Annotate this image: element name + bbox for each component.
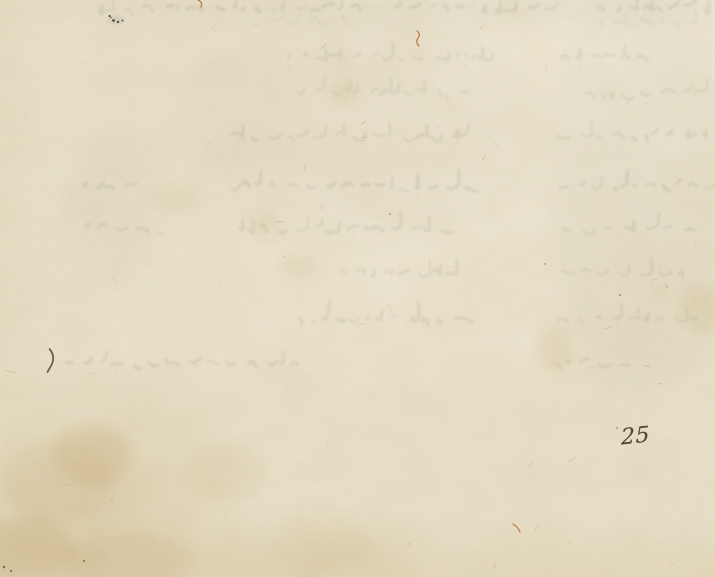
paper-texture-overlay <box>0 0 715 577</box>
paper-grain-texture <box>0 0 715 577</box>
manuscript-page: 25 <box>0 0 715 577</box>
folio-number: 25 <box>621 424 650 449</box>
